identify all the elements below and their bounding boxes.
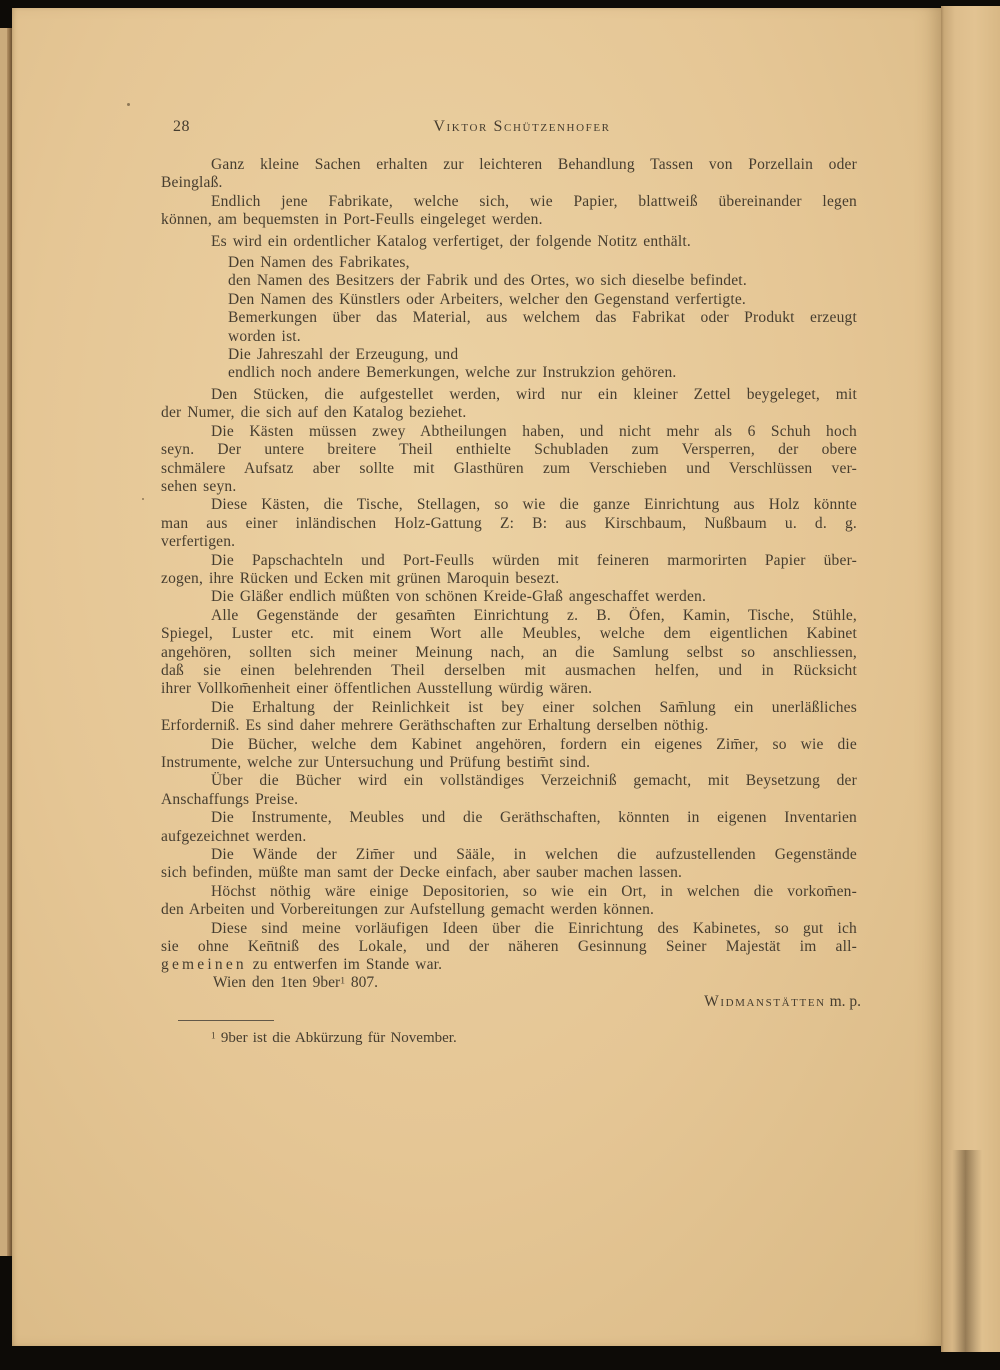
- body-line: Die Jahreszahl der Erzeugung, und: [228, 346, 857, 364]
- page-header: 28 Viktor Schützenhofer: [161, 118, 857, 140]
- body-line: Ganz kleine Sachen erhalten zur leichter…: [161, 156, 857, 174]
- body-paragraph: Diese sind meine vorläufigen Ideen über …: [161, 920, 857, 975]
- body-paragraph: Es wird ein ordentlicher Katalog verfert…: [161, 233, 857, 251]
- date-line: Wien den 1ten 9ber1 807.: [161, 974, 857, 992]
- body-line: sich befinden, müßte man samt der Decke …: [161, 864, 857, 882]
- date-year: 807.: [345, 974, 378, 991]
- page-edge-left: [0, 28, 12, 1256]
- body-line: Diese Kästen, die Tische, Stellagen, so …: [161, 496, 857, 514]
- body-paragraph: Ganz kleine Sachen erhalten zur leichter…: [161, 156, 857, 193]
- body-paragraph: Den Namen des Fabrikates,: [228, 254, 857, 272]
- body-paragraph: Die Erhaltung der Reinlichkeit ist bey e…: [161, 699, 857, 736]
- body-line: Diese sind meine vorläufigen Ideen über …: [161, 920, 857, 938]
- signature-name: Widmanstätten: [704, 993, 826, 1010]
- body-line: Erforderniß. Es sind daher mehrere Gerät…: [161, 717, 857, 735]
- signature-suffix: m. p.: [826, 993, 861, 1010]
- body-paragraph: Die Instrumente, Meubles und die Geräths…: [161, 809, 857, 846]
- signature-line: Widmanstätten m. p.: [161, 993, 861, 1011]
- running-header: Viktor Schützenhofer: [174, 118, 870, 136]
- body-line: Die Papschachteln und Port-Feulls würden…: [161, 552, 857, 570]
- body-paragraph: Diese Kästen, die Tische, Stellagen, so …: [161, 496, 857, 551]
- body-paragraph: Endlich jene Fabrikate, welche sich, wie…: [161, 193, 857, 230]
- gutter-shadow: [952, 1150, 982, 1352]
- body-line: angehören, sollten sich meiner Meinung n…: [161, 644, 857, 662]
- body-paragraph: Die Jahreszahl der Erzeugung, und: [228, 346, 857, 364]
- body-line: Die Bücher, welche dem Kabinet angehören…: [161, 736, 857, 754]
- body-line: schmälere Aufsatz aber sollte mit Glasth…: [161, 460, 857, 478]
- body-line: man aus einer inländischen Holz-Gattung …: [161, 515, 857, 533]
- body-line: Die Wände der Zim̄er und Sääle, in welch…: [161, 846, 857, 864]
- body-line: Den Stücken, die aufgestellet werden, wi…: [161, 386, 857, 404]
- letterspaced-text: gemeinen: [161, 956, 247, 973]
- body-line: Anschaffungs Preise.: [161, 791, 857, 809]
- body-line: sie ohne Ken̄tniß des Lokale, und der nä…: [161, 938, 857, 956]
- body-paragraph: Die Wände der Zim̄er und Sääle, in welch…: [161, 846, 857, 883]
- body-line: ihrer Vollkom̄enheit einer öffentlichen …: [161, 680, 857, 698]
- body-line: endlich noch andere Bemerkungen, welche …: [228, 364, 857, 382]
- body-line: Instrumente, welche zur Untersuchung und…: [161, 754, 857, 772]
- body-paragraph: Den Namen des Künstlers oder Arbeiters, …: [228, 291, 857, 309]
- body-line: Höchst nöthig wäre einige Depositorien, …: [161, 883, 857, 901]
- body-line: seyn. Der untere breitere Theil enthielt…: [161, 441, 857, 459]
- body-line: zogen, ihre Rücken und Ecken mit grünen …: [161, 570, 857, 588]
- body-paragraph: Bemerkungen über das Material, aus welch…: [228, 309, 857, 346]
- body-line: Spiegel, Luster etc. mit einem Wort alle…: [161, 625, 857, 643]
- paper-speck: [127, 103, 130, 106]
- book-page: 28 Viktor Schützenhofer Ganz kleine Sach…: [12, 8, 941, 1346]
- body-line: Über die Bücher wird ein vollständiges V…: [161, 772, 857, 790]
- body-line: Die Instrumente, Meubles und die Geräths…: [161, 809, 857, 827]
- book-background: { "colors":{"paper":"#e5c695","paper-hi"…: [0, 0, 1000, 1370]
- body-line: Den Namen des Fabrikates,: [228, 254, 857, 272]
- body-line: sehen seyn.: [161, 478, 857, 496]
- body-line: Die Erhaltung der Reinlichkeit ist bey e…: [161, 699, 857, 717]
- body-line: aufgezeichnet werden.: [161, 828, 857, 846]
- body-paragraph: den Namen des Besitzers der Fabrik und d…: [228, 272, 857, 290]
- body-paragraph: endlich noch andere Bemerkungen, welche …: [228, 364, 857, 382]
- body-line: Den Namen des Künstlers oder Arbeiters, …: [228, 291, 857, 309]
- body-line: können, am bequemsten in Port-Feulls ein…: [161, 211, 857, 229]
- body-line: den Namen des Besitzers der Fabrik und d…: [228, 272, 857, 290]
- body-line: Alle Gegenstände der gesam̄ten Einrichtu…: [161, 607, 857, 625]
- body-line: verfertigen.: [161, 533, 857, 551]
- body-line: worden ist.: [228, 328, 857, 346]
- body-line: den Arbeiten und Vorbereitungen zur Aufs…: [161, 901, 857, 919]
- body-line: gemeinen zu entwerfen im Stande war.: [161, 956, 857, 974]
- footnote: 1 9ber ist die Abkürzung für November.: [161, 1029, 857, 1047]
- body-paragraph: Höchst nöthig wäre einige Depositorien, …: [161, 883, 857, 920]
- body-line: daß sie einen belehrenden Theil derselbe…: [161, 662, 857, 680]
- footnote-rule: [178, 1020, 274, 1021]
- body-line: Bemerkungen über das Material, aus welch…: [228, 309, 857, 327]
- body-line: Die Kästen müssen zwey Abtheilungen habe…: [161, 423, 857, 441]
- body-paragraph: Die Papschachteln und Port-Feulls würden…: [161, 552, 857, 589]
- paper-speck: [142, 498, 144, 500]
- body-paragraph: Über die Bücher wird ein vollständiges V…: [161, 772, 857, 809]
- body-line: Beinglaß.: [161, 174, 857, 192]
- body-line: Endlich jene Fabrikate, welche sich, wie…: [161, 193, 857, 211]
- body-text: Ganz kleine Sachen erhalten zur leichter…: [161, 156, 857, 975]
- body-line: Es wird ein ordentlicher Katalog verfert…: [161, 233, 857, 251]
- footnote-text: 9ber ist die Abkürzung für November.: [216, 1030, 457, 1046]
- body-paragraph: Die Gläßer endlich müßten von schönen Kr…: [161, 588, 857, 606]
- body-paragraph: Alle Gegenstände der gesam̄ten Einrichtu…: [161, 607, 857, 699]
- body-line: der Numer, die sich auf den Katalog bezi…: [161, 404, 857, 422]
- body-paragraph: Die Bücher, welche dem Kabinet angehören…: [161, 736, 857, 773]
- date-text: Wien den 1ten 9ber: [213, 974, 340, 991]
- body-line: Die Gläßer endlich müßten von schönen Kr…: [161, 588, 857, 606]
- body-paragraph: Die Kästen müssen zwey Abtheilungen habe…: [161, 423, 857, 497]
- body-paragraph: Den Stücken, die aufgestellet werden, wi…: [161, 386, 857, 423]
